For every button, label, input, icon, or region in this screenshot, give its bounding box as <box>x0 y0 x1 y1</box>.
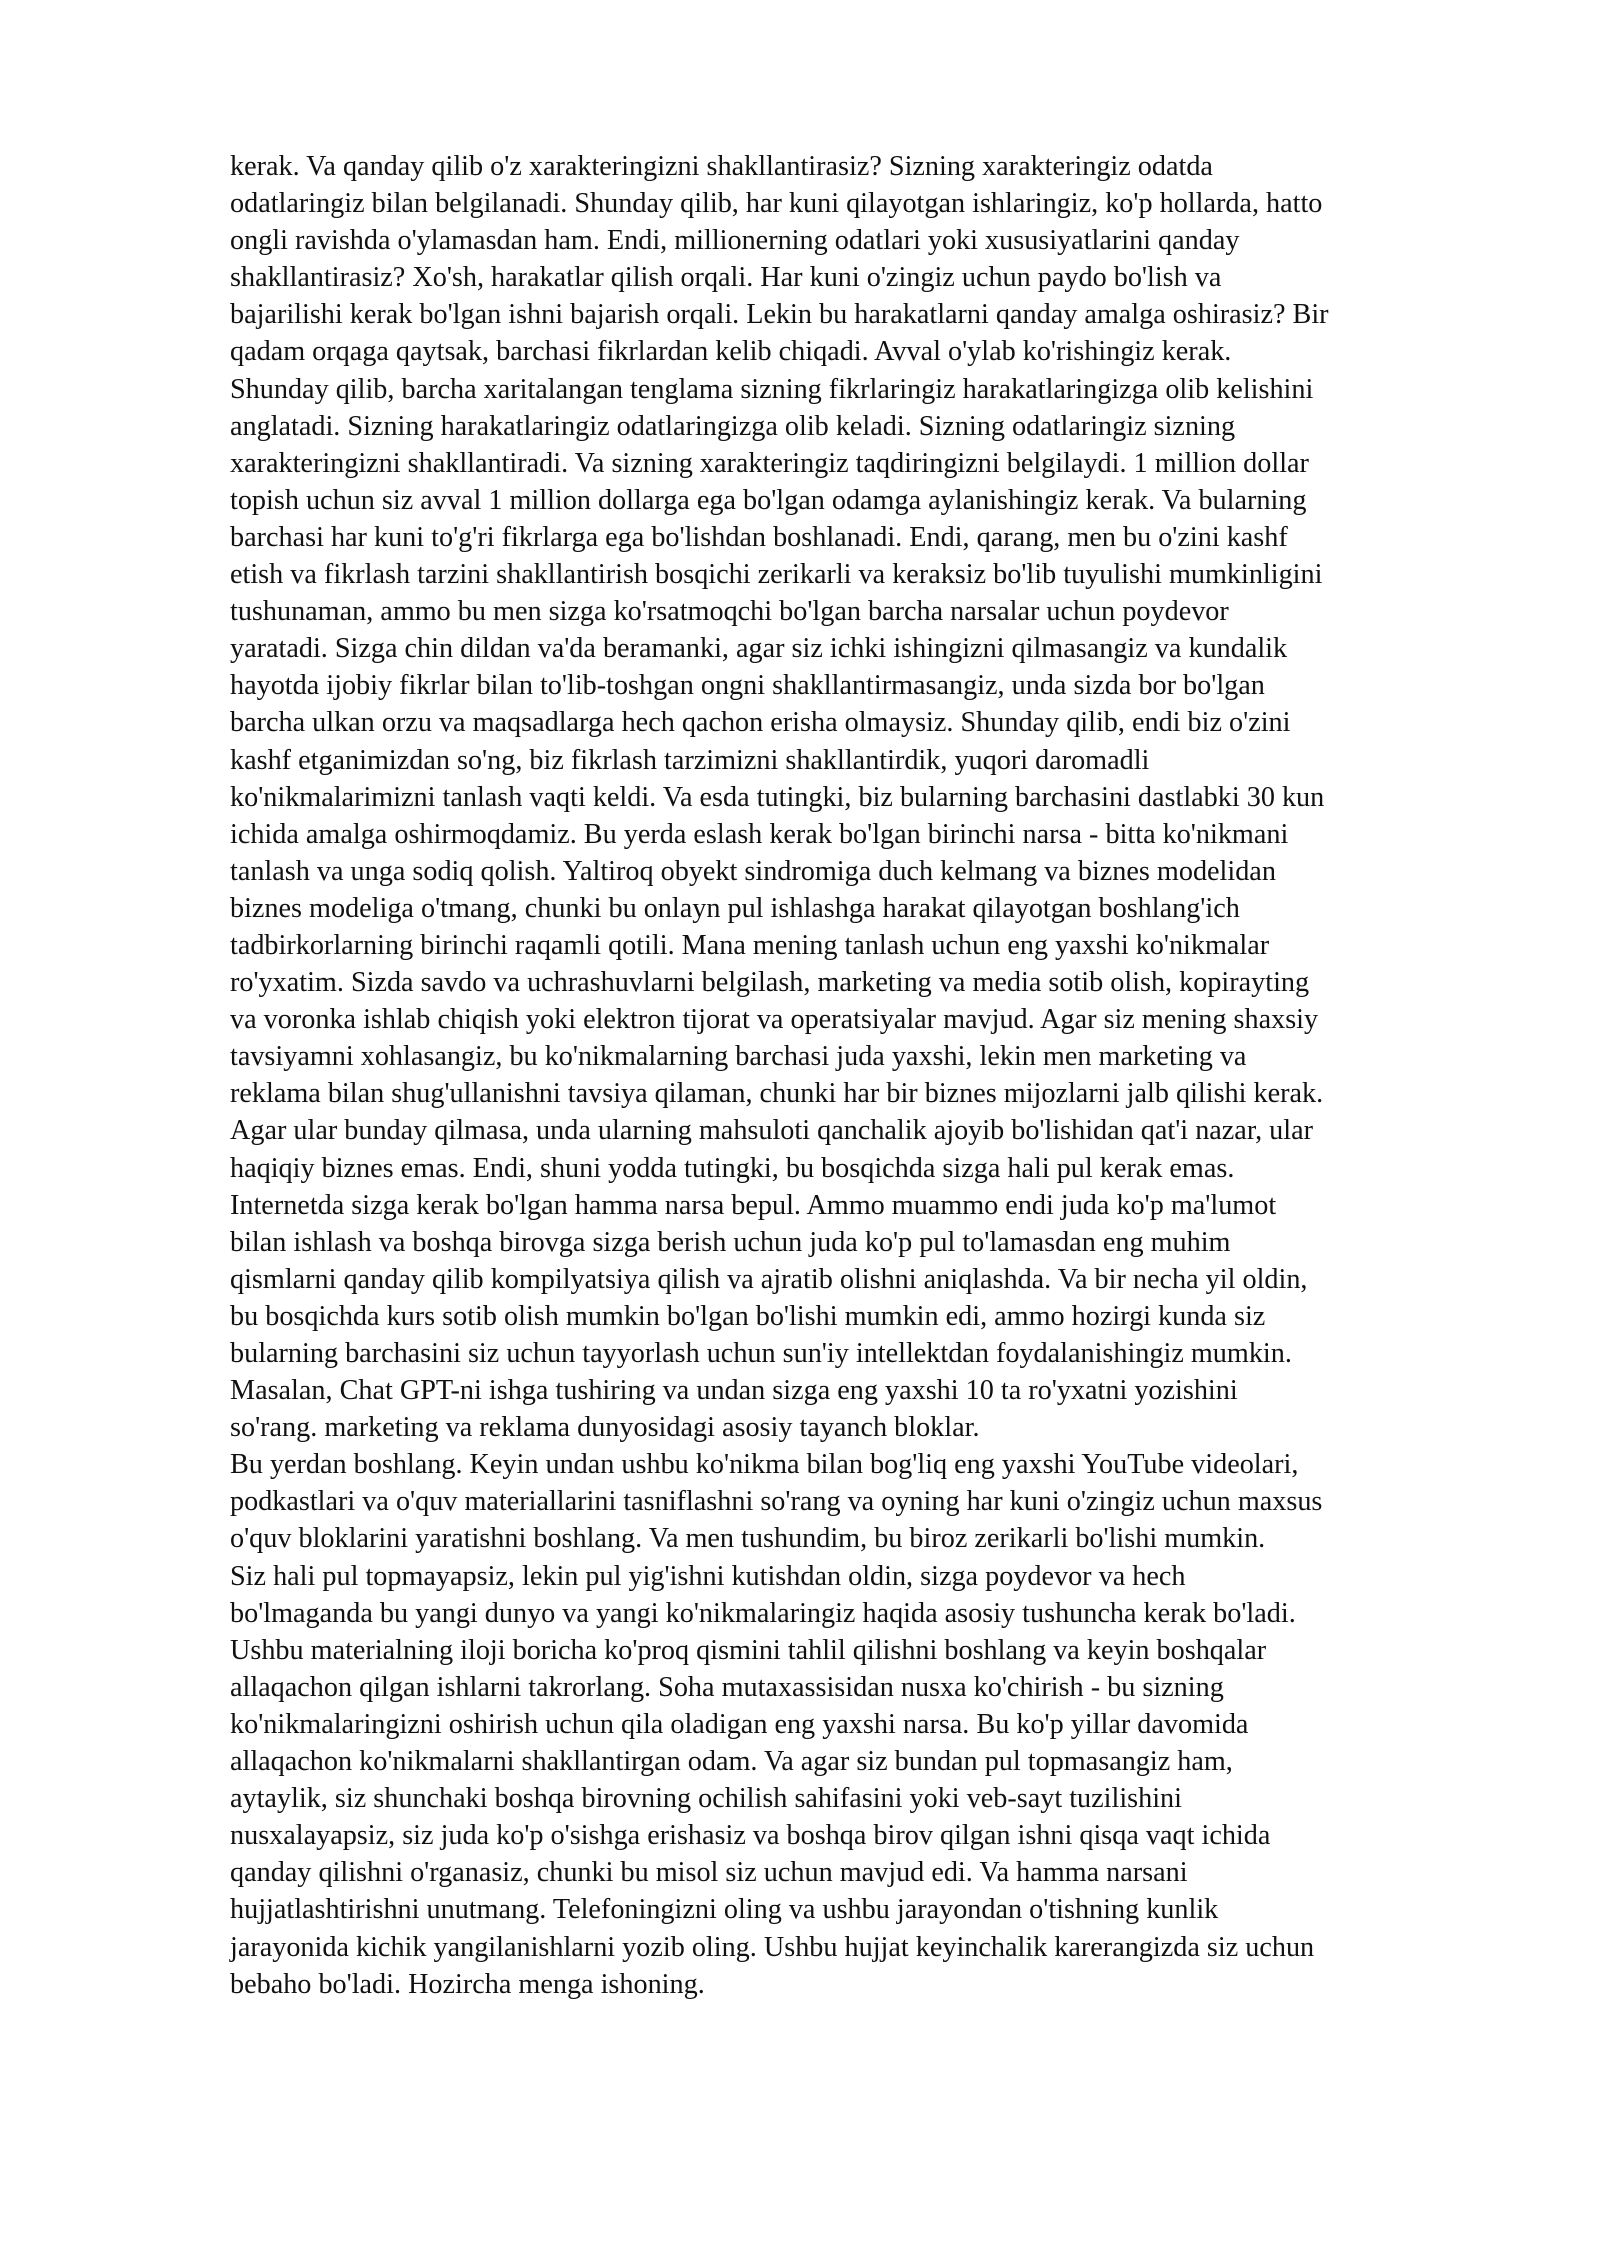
text-line: hayotda ijobiy fikrlar bilan to'lib-tosh… <box>230 667 1530 704</box>
text-line: qismlarni qanday qilib kompilyatsiya qil… <box>230 1261 1530 1298</box>
text-line: haqiqiy biznes emas. Endi, shuni yodda t… <box>230 1150 1530 1187</box>
text-line: kashf etganimizdan so'ng, biz fikrlash t… <box>230 742 1530 779</box>
document-body: kerak. Va qanday qilib o'z xarakteringiz… <box>230 148 1530 2003</box>
text-line: bularning barchasini siz uchun tayyorlas… <box>230 1335 1530 1372</box>
text-line: Internetda sizga kerak bo'lgan hamma nar… <box>230 1187 1530 1224</box>
text-line: kerak. Va qanday qilib o'z xarakteringiz… <box>230 148 1530 185</box>
text-line: so'rang. marketing va reklama dunyosidag… <box>230 1409 1530 1446</box>
text-line: ko'nikmalaringizni oshirish uchun qila o… <box>230 1706 1530 1743</box>
text-line: qanday qilishni o'rganasiz, chunki bu mi… <box>230 1854 1530 1891</box>
text-line: Bu yerdan boshlang. Keyin undan ushbu ko… <box>230 1446 1530 1483</box>
text-line: yaratadi. Sizga chin dildan va'da berama… <box>230 630 1530 667</box>
text-line: hujjatlashtirishni unutmang. Telefoningi… <box>230 1891 1530 1928</box>
text-line: etish va fikrlash tarzini shakllantirish… <box>230 556 1530 593</box>
text-line: ongli ravishda o'ylamasdan ham. Endi, mi… <box>230 222 1530 259</box>
text-line: qadam orqaga qaytsak, barchasi fikrlarda… <box>230 333 1530 370</box>
text-line: bu bosqichda kurs sotib olish mumkin bo'… <box>230 1298 1530 1335</box>
text-line: bebaho bo'ladi. Hozircha menga ishoning. <box>230 1966 1530 2003</box>
text-line: tanlash va unga sodiq qolish. Yaltiroq o… <box>230 853 1530 890</box>
text-line: ichida amalga oshirmoqdamiz. Bu yerda es… <box>230 816 1530 853</box>
text-line: tavsiyamni xohlasangiz, bu ko'nikmalarni… <box>230 1038 1530 1075</box>
text-line: jarayonida kichik yangilanishlarni yozib… <box>230 1929 1530 1966</box>
text-line: aytaylik, siz shunchaki boshqa birovning… <box>230 1780 1530 1817</box>
text-line: reklama bilan shug'ullanishni tavsiya qi… <box>230 1075 1530 1112</box>
text-line: tushunaman, ammo bu men sizga ko'rsatmoq… <box>230 593 1530 630</box>
text-line: va voronka ishlab chiqish yoki elektron … <box>230 1001 1530 1038</box>
text-line: bilan ishlash va boshqa birovga sizga be… <box>230 1224 1530 1261</box>
text-line: nusxalayapsiz, siz juda ko'p o'sishga er… <box>230 1817 1530 1854</box>
text-line: Agar ular bunday qilmasa, unda ularning … <box>230 1112 1530 1149</box>
text-line: bajarilishi kerak bo'lgan ishni bajarish… <box>230 296 1530 333</box>
text-line: odatlaringiz bilan belgilanadi. Shunday … <box>230 185 1530 222</box>
text-line: ko'nikmalarimizni tanlash vaqti keldi. V… <box>230 779 1530 816</box>
text-line: bo'lmaganda bu yangi dunyo va yangi ko'n… <box>230 1595 1530 1632</box>
text-line: Shunday qilib, barcha xaritalangan tengl… <box>230 371 1530 408</box>
text-line: barcha ulkan orzu va maqsadlarga hech qa… <box>230 704 1530 741</box>
text-line: ro'yxatim. Sizda savdo va uchrashuvlarni… <box>230 964 1530 1001</box>
paragraph-2: Bu yerdan boshlang. Keyin undan ushbu ko… <box>230 1446 1530 2002</box>
paragraph-1: kerak. Va qanday qilib o'z xarakteringiz… <box>230 148 1530 1446</box>
text-line: xarakteringizni shakllantiradi. Va sizni… <box>230 445 1530 482</box>
text-line: barchasi har kuni to'g'ri fikrlarga ega … <box>230 519 1530 556</box>
text-line: o'quv bloklarini yaratishni boshlang. Va… <box>230 1520 1530 1557</box>
text-line: allaqachon ko'nikmalarni shakllantirgan … <box>230 1743 1530 1780</box>
text-line: shakllantirasiz? Xo'sh, harakatlar qilis… <box>230 259 1530 296</box>
text-line: anglatadi. Sizning harakatlaringiz odatl… <box>230 408 1530 445</box>
text-line: biznes modeliga o'tmang, chunki bu onlay… <box>230 890 1530 927</box>
text-line: topish uchun siz avval 1 million dollarg… <box>230 482 1530 519</box>
text-line: Siz hali pul topmayapsiz, lekin pul yig'… <box>230 1558 1530 1595</box>
text-line: tadbirkorlarning birinchi raqamli qotili… <box>230 927 1530 964</box>
document-page: kerak. Va qanday qilib o'z xarakteringiz… <box>0 0 1600 2262</box>
text-line: Ushbu materialning iloji boricha ko'proq… <box>230 1632 1530 1669</box>
text-line: Masalan, Chat GPT-ni ishga tushiring va … <box>230 1372 1530 1409</box>
text-line: podkastlari va o'quv materiallarini tasn… <box>230 1483 1530 1520</box>
text-line: allaqachon qilgan ishlarni takrorlang. S… <box>230 1669 1530 1706</box>
